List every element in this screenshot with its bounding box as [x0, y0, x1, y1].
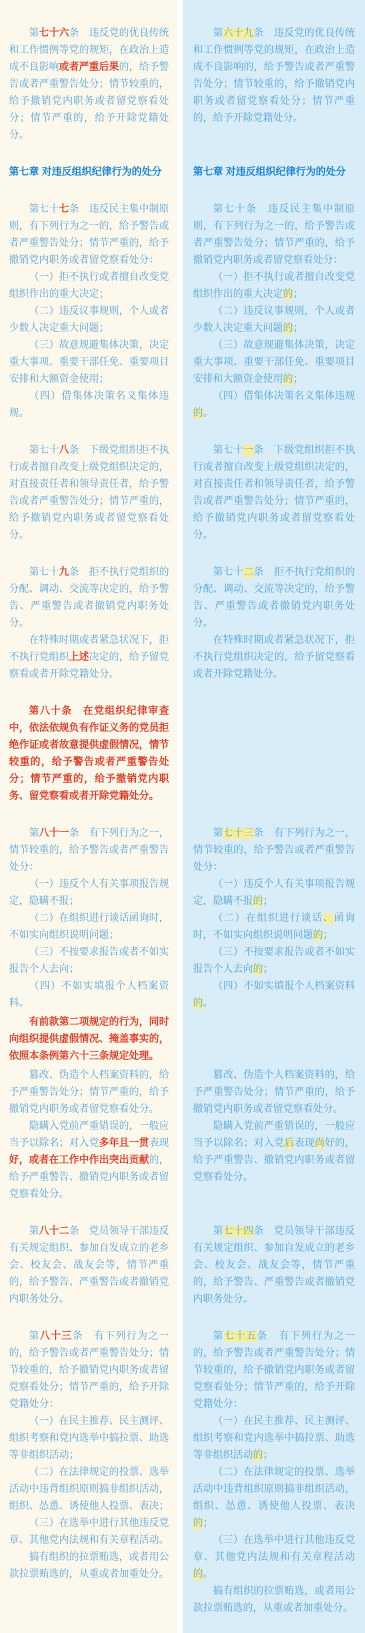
body-text: （四）借集体决策名义集体违规。	[9, 391, 169, 419]
body-text: 。	[203, 1569, 213, 1580]
paragraph: （一）拒不执行或者擅自改变党组织作出的重大决定的；	[193, 269, 355, 303]
body-text: 第	[29, 828, 39, 839]
body-text: （二）在法律规定的投票、选举活动中违背组织原则搞非组织活动，组织、怂恿、诱使他人…	[193, 1467, 355, 1512]
revised-text-column-cell: 第七章 对违反组织纪律行为的处分	[0, 144, 177, 181]
deleted-text-highlight: 二	[243, 567, 253, 578]
comparison-row: 第七章 对违反组织纪律行为的处分第七章 对违反组织纪律行为的处分	[0, 144, 365, 181]
chapter-heading-text: 第七章 对违反组织纪律行为的处分	[9, 167, 162, 178]
original-text-column-cell: 第七十二条 拒不执行党组织的分配、调动、交流等决定的，给予警告、严重警告或者撤销…	[183, 544, 365, 683]
revised-text-column-cell: 第八十二条 党员领导干部违反有关规定组织、参加自发成立的老乡会、校友会、战友会等…	[0, 1203, 177, 1308]
paragraph: 在特殊时期或者紧急状况下，拒不执行党组织决定的，给予留党察看或者开除党籍处分。	[193, 632, 355, 683]
deleted-text-highlight: 的	[193, 1518, 203, 1529]
deleted-text-highlight: 的	[253, 964, 263, 975]
paragraph: （四）借集体决策名义集体违规。	[9, 388, 169, 422]
body-text: 篡改、伪造个人档案资料的，给予严重警告处分；情节严重的，给予撤销党内职务或者留党…	[9, 1070, 169, 1115]
revised-text-column-cell: 第八十条 在党组织纪律审查中，依法依规负有作证义务的党员拒绝作证或者故意提供虚假…	[0, 683, 177, 805]
body-text: 的，给予警告或者严重警告处分；情节较重的，给予撤销党内职务或者留党察看处分；情节…	[9, 62, 169, 141]
deleted-text-highlight: 六十九	[223, 28, 253, 39]
body-text: 条 党员领导干部违反有关规定组织、参加自发成立的老乡会、校友会、战友会等，情节严…	[9, 1226, 169, 1305]
body-text: ；	[293, 374, 303, 385]
chapter-heading: 第七章 对违反组织纪律行为的处分	[9, 164, 169, 181]
comparison-row: 第七十九条 拒不执行党组织的分配、调动、交流等决定的，给予警告、严重警告或者撤销…	[0, 544, 365, 683]
paragraph: （一）在民主推荐、民主测评、组织考察和党内选举中搞拉票、助选等非组织活动的；	[193, 1413, 355, 1464]
paragraph: 第七十五条 有下列行为之一的，给予警告或者严重警告处分；情节较重的，给予撤销党内…	[193, 1328, 355, 1413]
body-text: 第	[213, 828, 223, 839]
paragraph: （二）在组织进行谈话、函询时，不如实向组织说明问题的；	[193, 910, 355, 944]
body-text: 第	[213, 28, 223, 39]
original-text-column-cell: 第七十条 违反民主集中制原则，有下列行为之一的，给予警告或者严重警告处分；情节严…	[183, 181, 365, 422]
paragraph: 第七十八条 下级党组织拒不执行或者擅自改变上级党组织决定的，对直接责任者和领导责…	[9, 442, 169, 544]
body-text: 条 下级党组织拒不执行或者擅自改变上级党组织决定的，对直接责任者和领导责任者，给…	[9, 445, 169, 541]
original-text-column-cell: 第七十一条 下级党组织拒不执行或者擅自改变上级党组织决定的，对直接责任者和领导责…	[183, 422, 365, 544]
paragraph: （四）不如实填报个人档案资料。	[9, 978, 169, 1012]
paragraph: 第七十三条 有下列行为之一，情节较重的，给予警告或者严重警告处分：	[193, 825, 355, 876]
added-text: 或者严重后果	[59, 62, 119, 73]
paragraph: （四）不如实填报个人档案资料的。	[193, 978, 355, 1012]
body-text: 条 下级党组织拒不执行或者擅自改变上级党组织决定的，对直接责任者和领导责任者，给…	[193, 445, 355, 541]
added-text: 上述	[69, 652, 89, 663]
revised-text-column-cell: 第七十八条 下级党组织拒不执行或者擅自改变上级党组织决定的，对直接责任者和领导责…	[0, 422, 177, 544]
revised-text-column-cell: 第七十七条 违反民主集中制原则，有下列行为之一的，给予警告或者严重警告处分；情节…	[0, 181, 177, 422]
deleted-text-highlight: 的	[283, 374, 293, 385]
added-text: 八十一	[39, 828, 69, 839]
body-text: 第七十	[29, 445, 59, 456]
paragraph: （二）在法律规定的投票、选举活动中违背组织原则搞非组织活动，组织、怂恿、诱使他人…	[9, 1464, 169, 1515]
body-text: ；	[263, 964, 273, 975]
paragraph: 第七十七条 违反民主集中制原则，有下列行为之一的，给予警告或者严重警告处分；情节…	[9, 201, 169, 269]
body-text: （一）违反个人有关事项报告规定，隐瞒不报；	[9, 879, 169, 907]
paragraph: 第八十一条 有下列行为之一，情节较重的，给予警告或者严重警告处分：	[9, 825, 169, 876]
body-text: （一）拒不执行或者擅自改变党组织作出的重大决定	[193, 272, 355, 300]
original-text-column-cell	[183, 1012, 365, 1065]
paragraph: 隐瞒入党前严重错误的，一般应当予以除名；对入党后表现尚好的，给予严重警告、撤销党…	[193, 1118, 355, 1186]
paragraph: （二）在法律规定的投票、选举活动中违背组织原则搞非组织活动，组织、怂恿、诱使他人…	[193, 1464, 355, 1532]
body-text: （三）不按要求报告或者不如实报告个人去向；	[9, 947, 169, 975]
body-text: （三）不按要求报告或者不如实报告个人去向	[193, 947, 355, 975]
paragraph: （三）故意规避集体决策，决定重大事项、重要干部任免、重要项目安排和大额资金使用的…	[193, 337, 355, 388]
body-text: （二）违反议事规则，个人或者少数人决定重大问题；	[9, 306, 169, 334]
body-text: （四）不如实填报个人档案资料	[213, 981, 355, 992]
body-text: 第	[213, 1226, 223, 1237]
revised-text-column-cell: 篡改、伪造个人档案资料的，给予严重警告处分；情节严重的，给予撤销党内职务或者留党…	[0, 1065, 177, 1203]
paragraph: （三）不按要求报告或者不如实报告个人去向；	[9, 944, 169, 978]
body-text: ；	[263, 1450, 273, 1461]
body-text: 第七十	[213, 567, 243, 578]
body-text: ；	[293, 289, 303, 300]
paragraph: （一）违反个人有关事项报告规定，隐瞒不报；	[9, 876, 169, 910]
paragraph: （四）借集体决策名义集体违规的。	[193, 388, 355, 422]
paragraph: 搞有组织的拉票贿选，或者用公款拉票贿选的，从重或者加重处分。	[193, 1583, 355, 1617]
paragraph: （二）在组织进行谈话函询时，不如实向组织说明问题；	[9, 910, 169, 944]
original-text-column-cell: 第七十五条 有下列行为之一的，给予警告或者严重警告处分；情节较重的，给予撤销党内…	[183, 1308, 365, 1633]
original-text-column-cell: 第七十三条 有下列行为之一，情节较重的，给予警告或者严重警告处分：（一）违反个人…	[183, 805, 365, 1012]
comparison-row: 有前款第二项规定的行为，同时向组织提供虚假情况、掩盖事实的，依照本条例第六十三条…	[0, 1012, 365, 1065]
body-text: ；	[293, 323, 303, 334]
deleted-text-highlight: 的	[193, 998, 203, 1009]
paragraph: （二）违反议事规则，个人或者少数人决定重大问题；	[9, 303, 169, 337]
revised-text-column-cell: 第八十三条 有下列行为之一的，给予警告或者严重警告处分；情节较重的，给予撤销党内…	[0, 1308, 177, 1633]
chapter-heading: 第七章 对违反组织纪律行为的处分	[193, 164, 355, 181]
comparison-row: 第八十一条 有下列行为之一，情节较重的，给予警告或者严重警告处分：（一）违反个人…	[0, 805, 365, 1012]
comparison-row: 篡改、伪造个人档案资料的，给予严重警告处分；情节严重的，给予撤销党内职务或者留党…	[0, 1065, 365, 1203]
deleted-text-highlight: 的	[193, 1569, 203, 1580]
body-text: 条 有下列行为之一的，给予警告或者严重警告处分；情节较重的，给予撤销党内职务或者…	[9, 1331, 169, 1410]
comparison-row: 第八十三条 有下列行为之一的，给予警告或者严重警告处分；情节较重的，给予撤销党内…	[0, 1308, 365, 1633]
added-text: 八十二	[39, 1226, 69, 1237]
comparison-row: 第七十七条 违反民主集中制原则，有下列行为之一的，给予警告或者严重警告处分；情节…	[0, 181, 365, 422]
paragraph: （二）违反议事规则，个人或者少数人决定重大问题的；	[193, 303, 355, 337]
body-text: 条 党员领导干部违反有关规定组织、参加自发成立的老乡会、校友会、战友会等，情节严…	[193, 1226, 355, 1305]
paragraph: 第七十条 违反民主集中制原则，有下列行为之一的，给予警告或者严重警告处分；情节严…	[193, 201, 355, 269]
body-text: 第	[29, 28, 39, 39]
paragraph: 篡改、伪造个人档案资料的，给予严重警告处分；情节严重的，给予撤销党内职务或者留党…	[193, 1067, 355, 1118]
added-text: 好，或者在工作中作出突出贡献	[9, 1155, 149, 1166]
deleted-text-highlight: 后	[284, 1138, 294, 1149]
paragraph: （三）故意规避集体决策，决定重大事项、重要干部任免、重要项目安排和大额资金使用；	[9, 337, 169, 388]
body-text: 第	[29, 1226, 39, 1237]
body-text: 第七十	[29, 567, 59, 578]
comparison-row: 第七十六条 违反党的优良传统和工作惯例等党的规矩，在政治上造成不良影响或者严重后…	[0, 0, 365, 144]
original-text-column-cell: 篡改、伪造个人档案资料的，给予严重警告处分；情节严重的，给予撤销党内职务或者留党…	[183, 1065, 365, 1203]
body-text: （二）违反议事规则，个人或者少数人决定重大问题	[193, 306, 355, 334]
added-text: 八十三	[40, 1331, 73, 1342]
revised-text-column-cell: 有前款第二项规定的行为，同时向组织提供虚假情况、掩盖事实的，依照本条例第六十三条…	[0, 1012, 177, 1065]
body-text: 第七十条 违反民主集中制原则，有下列行为之一的，给予警告或者严重警告处分；情节严…	[193, 204, 355, 266]
deleted-text-highlight: 的	[193, 408, 203, 419]
body-text: （一）在民主推荐、民主测评、组织考察和党内选举中搞拉票、助选等非组织活动	[193, 1416, 355, 1461]
paragraph: 第六十九条 违反党的优良传统和工作惯例等党的规矩，在政治上造成不良影响的，给予警…	[193, 25, 355, 127]
revised-text-column-cell: 第七十六条 违反党的优良传统和工作惯例等党的规矩，在政治上造成不良影响或者严重后…	[0, 0, 177, 144]
body-text: 篡改、伪造个人档案资料的，给予严重警告处分；情节严重的，给予撤销党内职务或者留党…	[193, 1070, 355, 1115]
paragraph: 篡改、伪造个人档案资料的，给予严重警告处分；情节严重的，给予撤销党内职务或者留党…	[9, 1067, 169, 1118]
paragraph: 在特殊时期或者紧急状况下，拒不执行党组织上述决定的，给予留党察看或者开除党籍处分…	[9, 632, 169, 683]
paragraph: （三）在选举中进行其他违反党章、其他党内法规和有关章程活动的。	[193, 1532, 355, 1583]
body-text: ；	[263, 896, 273, 907]
deleted-text-highlight: 的	[253, 1450, 263, 1461]
comparison-row: 第七十八条 下级党组织拒不执行或者擅自改变上级党组织决定的，对直接责任者和领导责…	[0, 422, 365, 544]
deleted-text-highlight: 的	[313, 930, 323, 941]
body-text: 表现	[294, 1138, 314, 1149]
body-text: （四）借集体决策名义集体违规	[213, 391, 355, 402]
paragraph: （一）违反个人有关事项报告规定，隐瞒不报的；	[193, 876, 355, 910]
deleted-text-highlight: 的	[253, 896, 263, 907]
deleted-text-highlight: 一	[243, 445, 253, 456]
original-text-column-cell: 第七十四条 党员领导干部违反有关规定组织、参加自发成立的老乡会、校友会、战友会等…	[183, 1203, 365, 1308]
body-text: 第	[29, 1331, 40, 1342]
body-text: 条 有下列行为之一的，给予警告或者严重警告处分；情节较重的，给予撤销党内职务或者…	[193, 1331, 355, 1410]
body-text: 第七十	[213, 445, 243, 456]
body-text: 表现	[149, 1138, 169, 1149]
body-text: ；	[203, 1518, 213, 1529]
body-text: 搞有组织的拉票贿选，或者用公款拉票贿选的，从重或者加重处分。	[193, 1586, 355, 1614]
body-text: 搞有组织的拉票贿选，或者用公款拉票贿选的，从重或者加重处分。	[9, 1552, 169, 1580]
body-text: 。	[203, 998, 213, 1009]
paragraph: 第八十三条 有下列行为之一的，给予警告或者严重警告处分；情节较重的，给予撤销党内…	[9, 1328, 169, 1413]
body-text: （一）在民主推荐、民主测评、组织考察和党内选举中搞拉票、助选等非组织活动；	[9, 1416, 169, 1461]
body-text: （三）在选举中进行其他违反党章、其他党内法规和有关章程活动	[193, 1535, 355, 1563]
chapter-heading-text: 第七章 对违反组织纪律行为的处分	[193, 167, 346, 178]
deleted-text-highlight: 七十三	[223, 828, 253, 839]
body-text: 在特殊时期或者紧急状况下，拒不执行党组织决定的，给予留党察看或者开除党籍处分。	[193, 635, 355, 680]
paragraph: （三）在选举中进行其他违反党章、其他党内法规和有关章程活动。	[9, 1515, 169, 1549]
added-text: 第八十条 在党组织纪律审查中，依法依规负有作证义务的党员拒绝作证或者故意提供虚假…	[9, 706, 169, 802]
paragraph: （一）拒不执行或者擅自改变党组织作出的重大决定；	[9, 269, 169, 303]
page: { "colors": { "page_bg": "#ffffff", "lef…	[0, 0, 365, 1633]
body-text: （二）在组织进行谈话函询时，不如实向组织说明问题；	[9, 913, 169, 941]
added-text: 七	[59, 204, 69, 215]
body-text: （三）故意规避集体决策，决定重大事项、重要干部任免、重要项目安排和大额资金使用	[193, 340, 355, 385]
original-text-column-cell: 第七章 对违反组织纪律行为的处分	[183, 144, 365, 181]
paragraph: （一）在民主推荐、民主测评、组织考察和党内选举中搞拉票、助选等非组织活动；	[9, 1413, 169, 1464]
regulation-comparison-document: 第七十六条 违反党的优良传统和工作惯例等党的规矩，在政治上造成不良影响或者严重后…	[0, 0, 365, 1633]
added-text: 八	[59, 445, 69, 456]
body-text: （三）在选举中进行其他违反党章、其他党内法规和有关章程活动。	[9, 1518, 169, 1546]
body-text: 条 违反党的优良传统和工作惯例等党的规矩，在政治上造成不良影响的，给予警告或者严…	[193, 28, 355, 124]
paragraph: 隐瞒入党前严重错误的，一般应当予以除名；对入党多年且一贯表现好，或者在工作中作出…	[9, 1118, 169, 1203]
paragraph: （三）不按要求报告或者不如实报告个人去向的；	[193, 944, 355, 978]
paragraph: 第八十条 在党组织纪律审查中，依法依规负有作证义务的党员拒绝作证或者故意提供虚假…	[9, 703, 169, 805]
original-text-column-cell	[183, 683, 365, 805]
paragraph: 第七十六条 违反党的优良传统和工作惯例等党的规矩，在政治上造成不良影响或者严重后…	[9, 25, 169, 144]
body-text: （二）在组织进行谈话	[213, 913, 323, 924]
revised-text-column-cell: 第七十九条 拒不执行党组织的分配、调动、交流等决定的，给予警告、严重警告或者撤销…	[0, 544, 177, 683]
deleted-text-highlight: 七十五	[224, 1331, 257, 1342]
paragraph: 搞有组织的拉票贿选，或者用公款拉票贿选的，从重或者加重处分。	[9, 1549, 169, 1583]
added-text: 七十六	[39, 28, 69, 39]
body-text: ；	[323, 930, 333, 941]
original-text-column-cell: 第六十九条 违反党的优良传统和工作惯例等党的规矩，在政治上造成不良影响的，给予警…	[183, 0, 365, 144]
paragraph: 第七十一条 下级党组织拒不执行或者擅自改变上级党组织决定的，对直接责任者和领导责…	[193, 442, 355, 544]
paragraph: 第七十四条 党员领导干部违反有关规定组织、参加自发成立的老乡会、校友会、战友会等…	[193, 1223, 355, 1308]
body-text: （一）拒不执行或者擅自改变党组织作出的重大决定；	[9, 272, 169, 300]
body-text: 。	[203, 408, 213, 419]
deleted-text-highlight: 、	[323, 913, 334, 924]
revised-text-column-cell: 第八十一条 有下列行为之一，情节较重的，给予警告或者严重警告处分：（一）违反个人…	[0, 805, 177, 1012]
paragraph: 第七十二条 拒不执行党组织的分配、调动、交流等决定的，给予警告、严重警告或者撤销…	[193, 564, 355, 632]
body-text: （一）违反个人有关事项报告规定，隐瞒不报	[193, 879, 355, 907]
comparison-row: 第八十条 在党组织纪律审查中，依法依规负有作证义务的党员拒绝作证或者故意提供虚假…	[0, 683, 365, 805]
added-text: 有前款第二项规定的行为，同时向组织提供虚假情况、掩盖事实的，依照本条例第六十三条…	[9, 1017, 169, 1062]
added-text: 九	[59, 567, 69, 578]
deleted-text-highlight: 尚	[315, 1138, 325, 1149]
body-text: 第七十	[29, 204, 59, 215]
paragraph: 第七十九条 拒不执行党组织的分配、调动、交流等决定的，给予警告、严重警告或者撤销…	[9, 564, 169, 632]
deleted-text-highlight: 的	[283, 323, 293, 334]
paragraph: 第八十二条 党员领导干部违反有关规定组织、参加自发成立的老乡会、校友会、战友会等…	[9, 1223, 169, 1308]
body-text: 第	[213, 1331, 224, 1342]
paragraph: 有前款第二项规定的行为，同时向组织提供虚假情况、掩盖事实的，依照本条例第六十三条…	[9, 1014, 169, 1065]
comparison-row: 第八十二条 党员领导干部违反有关规定组织、参加自发成立的老乡会、校友会、战友会等…	[0, 1203, 365, 1308]
added-text: 多年且一贯	[99, 1138, 149, 1149]
body-text: （四）不如实填报个人档案资料。	[9, 981, 169, 1009]
deleted-text-highlight: 的	[283, 289, 293, 300]
body-text: （三）故意规避集体决策，决定重大事项、重要干部任免、重要项目安排和大额资金使用；	[9, 340, 169, 385]
deleted-text-highlight: 七十四	[223, 1226, 253, 1237]
body-text: （二）在法律规定的投票、选举活动中违背组织原则搞非组织活动，组织、怂恿、诱使他人…	[9, 1467, 169, 1512]
